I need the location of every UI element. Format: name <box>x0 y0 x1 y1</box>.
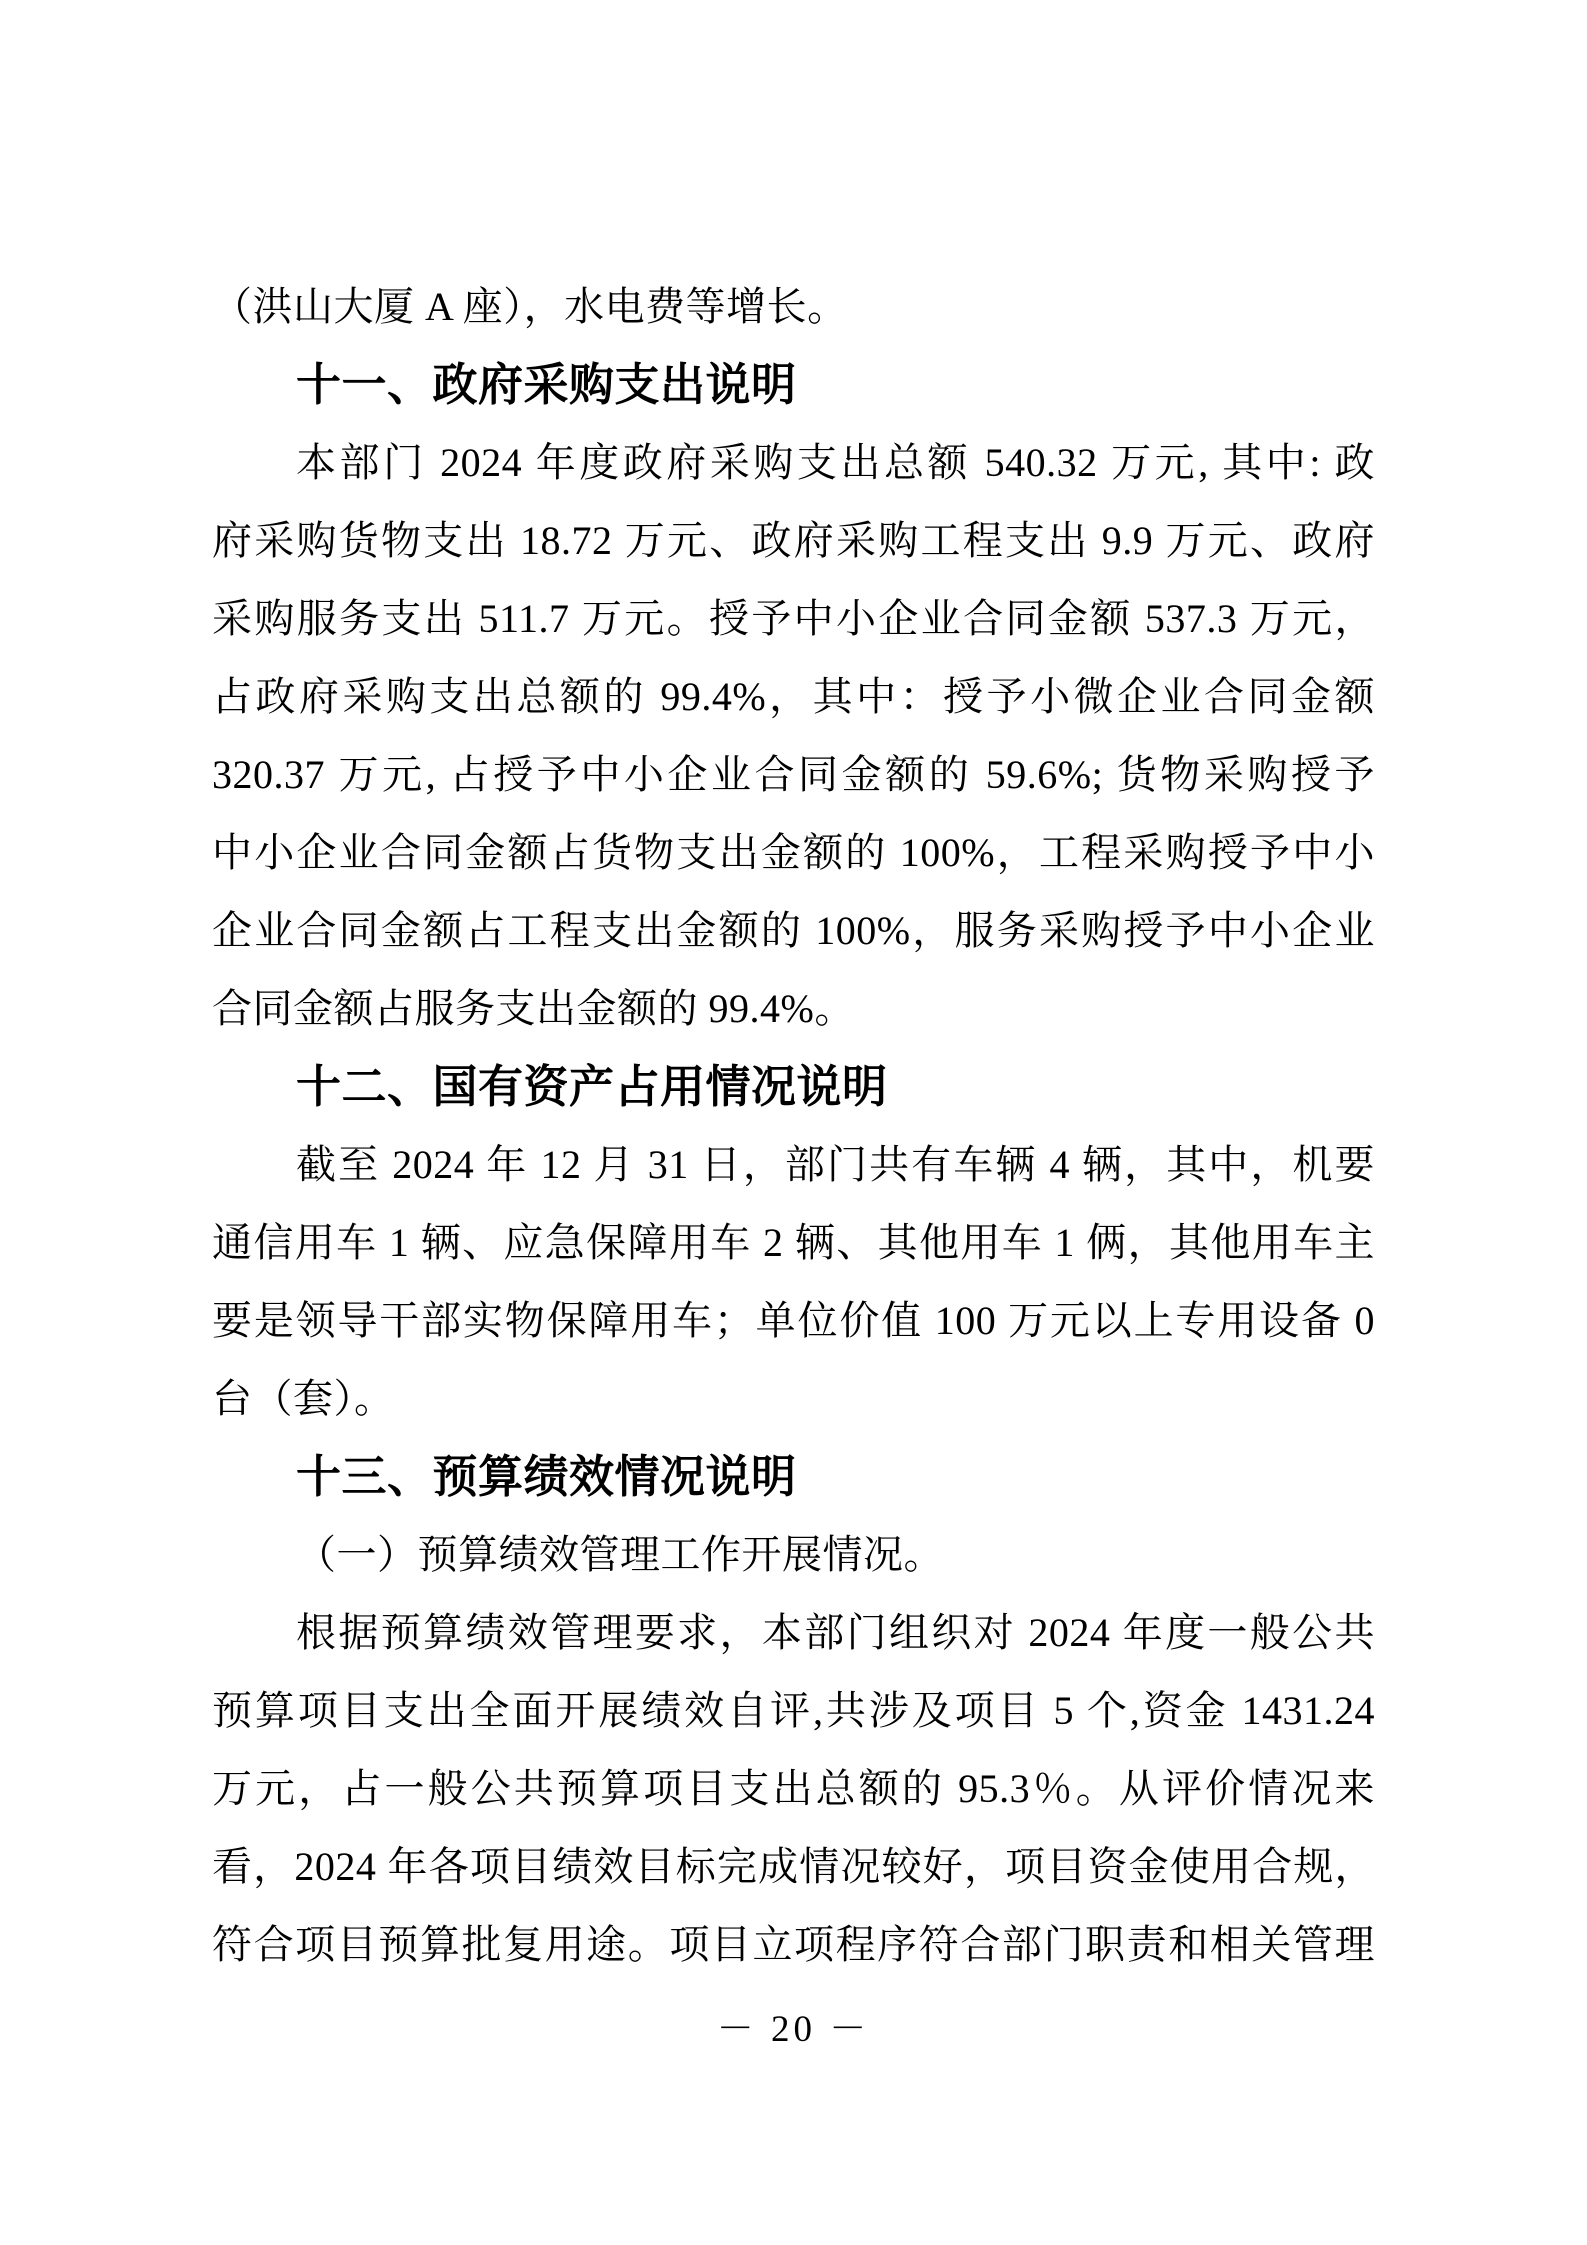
subsection-title: （一）预算绩效管理工作开展情况。 <box>212 1516 1375 1594</box>
text-line: 要是领导干部实物保障用车；单位价值 100 万元以上专用设备 0 <box>212 1282 1375 1360</box>
text-line: 截至 2024 年 12 月 31 日，部门共有车辆 4 辆，其中，机要 <box>212 1126 1375 1204</box>
page-number: － 20 － <box>0 2002 1587 2058</box>
paragraph-end-line: （洪山大厦 A 座），水电费等增长。 <box>212 268 1375 346</box>
text-line: 看，2024 年各项目绩效目标完成情况较好，项目资金使用合规， <box>212 1828 1375 1906</box>
text-line: 企业合同金额占工程支出金额的 100%，服务采购授予中小企业 <box>212 892 1375 970</box>
document-body: （洪山大厦 A 座），水电费等增长。 十一、政府采购支出说明 本部门 2024 … <box>212 268 1375 1984</box>
text-line: 符合项目预算批复用途。项目立项程序符合部门职责和相关管理 <box>212 1906 1375 1984</box>
text-line: 万元，占一般公共预算项目支出总额的 95.3％。从评价情况来 <box>212 1750 1375 1828</box>
document-page: （洪山大厦 A 座），水电费等增长。 十一、政府采购支出说明 本部门 2024 … <box>0 0 1587 2245</box>
text-line: 府采购货物支出 18.72 万元、政府采购工程支出 9.9 万元、政府 <box>212 502 1375 580</box>
text-line: 中小企业合同金额占货物支出金额的 100%，工程采购授予中小 <box>212 814 1375 892</box>
text-line: 通信用车 1 辆、应急保障用车 2 辆、其他用车 1 俩，其他用车主 <box>212 1204 1375 1282</box>
text-line: 预算项目支出全面开展绩效自评,共涉及项目 5 个,资金 1431.24 <box>212 1672 1375 1750</box>
paragraph-end-line: 台（套）。 <box>212 1360 1375 1438</box>
text-line: 采购服务支出 511.7 万元。授予中小企业合同金额 537.3 万元， <box>212 580 1375 658</box>
paragraph-end-line: 合同金额占服务支出金额的 99.4%。 <box>212 970 1375 1048</box>
text-line: 320.37 万元, 占授予中小企业合同金额的 59.6%; 货物采购授予 <box>212 736 1375 814</box>
section-heading-13: 十三、预算绩效情况说明 <box>212 1438 1375 1516</box>
section-heading-12: 十二、国有资产占用情况说明 <box>212 1048 1375 1126</box>
text-line: 根据预算绩效管理要求，本部门组织对 2024 年度一般公共 <box>212 1594 1375 1672</box>
text-line: 本部门 2024 年度政府采购支出总额 540.32 万元, 其中: 政 <box>212 424 1375 502</box>
section-heading-11: 十一、政府采购支出说明 <box>212 346 1375 424</box>
text-line: 占政府采购支出总额的 99.4%，其中：授予小微企业合同金额 <box>212 658 1375 736</box>
